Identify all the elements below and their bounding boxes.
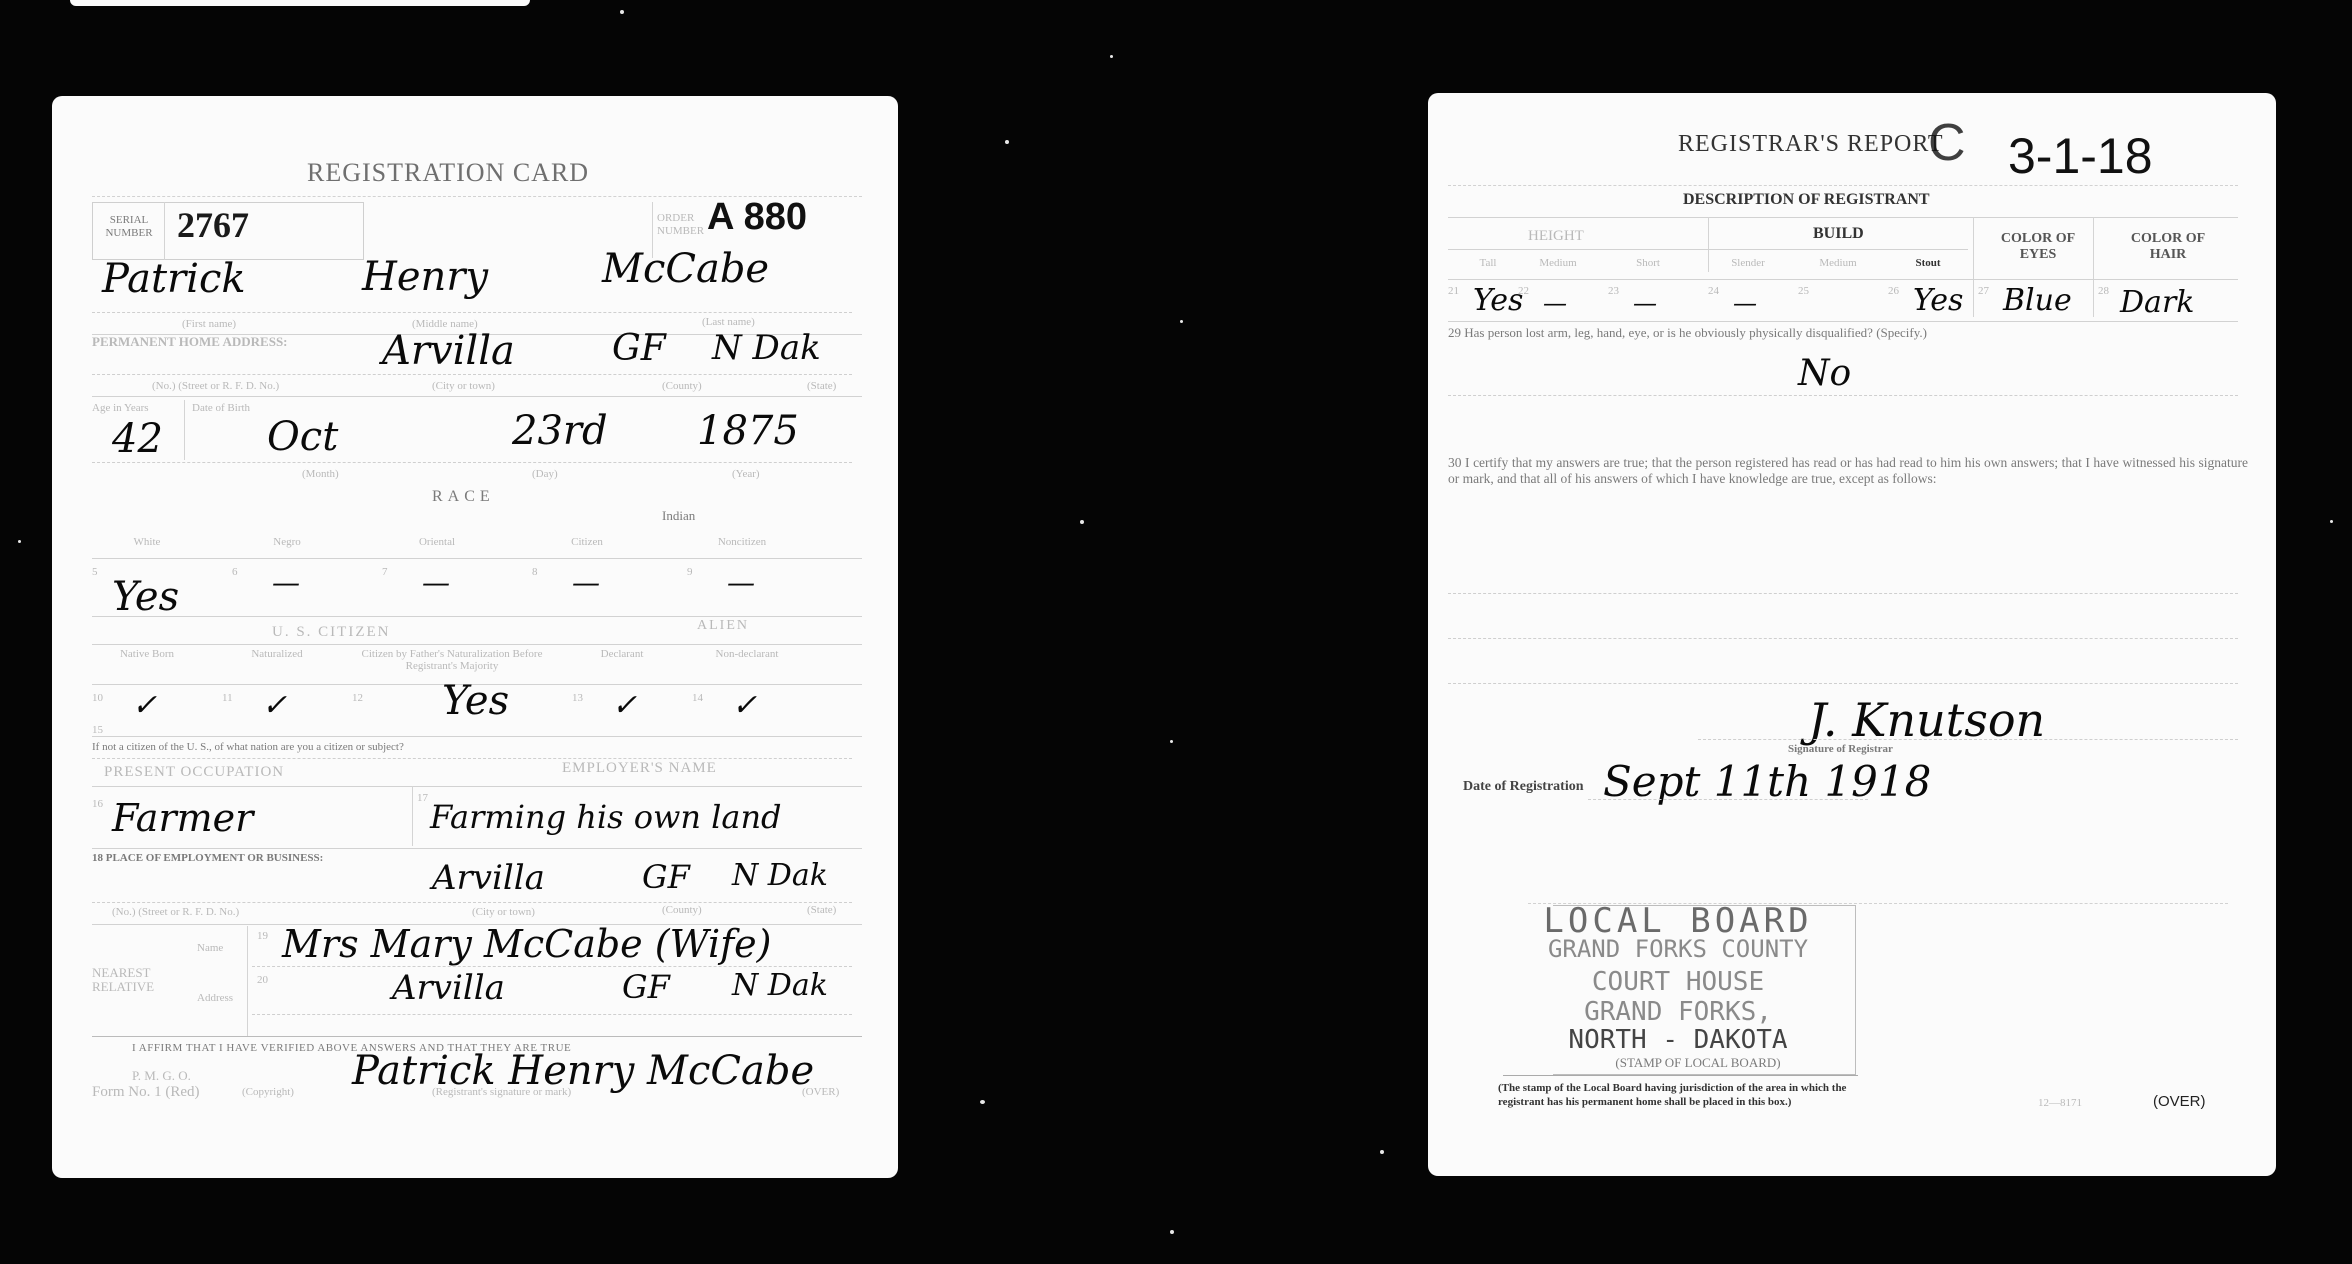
divider [252,1014,852,1015]
divider [1973,217,1974,317]
race-column-value: — [572,566,600,599]
q16-number: 16 [92,798,103,810]
us-citizen-heading: U. S. CITIZEN [272,624,391,641]
stamp-code: 3-1-18 [2008,127,2153,185]
over-label: (OVER) [2153,1093,2206,1110]
q19-number: 19 [257,930,268,942]
description-column-label: Slender [1708,257,1788,269]
card-title: REGISTRATION CARD [307,158,589,188]
divider [92,644,862,645]
dob-day-caption: (Day) [532,468,558,480]
dob-year-caption: (Year) [732,468,760,480]
employment-street-caption: (No.) (Street or R. F. D. No.) [112,906,239,918]
age-value: 42 [112,416,163,462]
citizenship-column-number: 13 [572,692,583,704]
relative-state: N Dak [732,968,828,1003]
film-speck [1080,520,1084,524]
relative-name: Mrs Mary McCabe (Wife) [282,922,772,966]
nearest-relative-label: NEAREST RELATIVE [92,966,162,994]
local-board-stamp-line: COURT HOUSE [1488,967,1868,997]
name-last: McCabe [602,246,769,292]
registrant-signature: Patrick Henry McCabe [352,1048,814,1094]
divider [92,1036,862,1037]
description-column-number: 26 [1888,285,1899,297]
adjacent-card-edge [70,0,530,6]
race-column-label: Oriental [382,536,492,548]
report-title: REGISTRAR'S REPORT [1678,131,1944,158]
description-column-number: 21 [1448,285,1459,297]
description-column-number: 27 [1978,285,1989,297]
serial-number-label: SERIAL NUMBER [96,214,162,240]
occupation-value: Farmer [112,796,253,840]
film-speck [620,10,624,14]
occupation-heading: PRESENT OCCUPATION [104,764,284,781]
order-number: A 880 [707,196,807,239]
employment-city: Arvilla [432,858,545,898]
dob-year: 1875 [697,408,799,454]
home-county: GF [612,328,666,369]
employment-state-caption: (State) [807,904,836,916]
description-column-value: Yes [1473,283,1523,318]
home-city-caption: (City or town) [432,380,495,392]
description-column-label: Stout [1888,257,1968,269]
citizenship-column-number: 11 [222,692,233,704]
dob-label: Date of Birth [192,402,250,414]
race-indian-label: Indian [662,508,695,524]
citizenship-column-label: Naturalized [222,648,332,660]
divider [1448,683,2238,684]
citizenship-column-label: Non-declarant [692,648,802,660]
name-first: Patrick [102,256,246,302]
divider [1448,185,2238,186]
divider [92,616,862,617]
film-speck [1170,740,1173,743]
divider [1698,739,2238,740]
citizenship-column-value: ✓ [132,688,157,723]
divider [92,736,862,737]
divider [92,786,862,787]
citizenship-column-value: ✓ [262,688,287,723]
alien-heading: ALIEN [697,618,749,634]
relative-address-label: Address [197,992,233,1004]
divider [412,786,413,846]
form-id-line1: P. M. G. O. [132,1068,191,1084]
race-column-number: 8 [532,566,538,578]
order-number-label: ORDER NUMBER [657,212,703,238]
employment-county-caption: (County) [662,904,702,916]
name-first-caption: (First name) [182,318,236,330]
citizenship-column-number: 12 [352,692,363,704]
hair-heading: COLOR OF HAIR [2128,231,2208,263]
home-city: Arvilla [382,328,515,374]
description-column-label: Medium [1798,257,1878,269]
divider [92,558,862,559]
divider [247,926,248,1036]
race-column-number: 5 [92,566,98,578]
home-county-caption: (County) [662,380,702,392]
divider [1448,279,2238,280]
divider [1448,321,2238,322]
name-last-caption: (Last name) [702,316,755,328]
relative-name-label: Name [197,942,223,954]
citizenship-column-value: ✓ [732,688,757,723]
form-id-line2: Form No. 1 (Red) [92,1084,200,1101]
description-column-value: Yes [1913,283,1963,318]
q18-label: 18 PLACE OF EMPLOYMENT OR BUSINESS: [92,852,323,864]
film-speck [1380,1150,1384,1154]
divider [92,374,852,375]
citizenship-column-number: 14 [692,692,703,704]
citizenship-column-label: Citizen by Father's Naturalization Befor… [352,648,552,672]
race-column-value: Yes [112,574,179,620]
divider [1448,217,2238,218]
film-speck [1180,320,1183,323]
divider [92,848,862,849]
citizenship-column-number: 10 [92,692,103,704]
divider [1448,249,1968,250]
dob-month: Oct [267,414,338,460]
q15-label: If not a citizen of the U. S., of what n… [92,741,404,753]
race-column-label: Noncitizen [687,536,797,548]
stamp-note: (The stamp of the Local Board having jur… [1498,1081,1878,1109]
description-column-value: — [1633,289,1657,317]
divider [1588,799,1868,800]
divider [92,758,852,759]
race-heading: RACE [432,488,495,506]
film-speck [1005,140,1009,144]
build-heading: BUILD [1813,225,1864,243]
form-code: 12—8171 [2038,1097,2082,1109]
registration-card: REGISTRATION CARD SERIAL NUMBER 2767 ORD… [52,96,898,1178]
race-column-number: 6 [232,566,238,578]
divider [252,966,852,967]
race-column-number: 7 [382,566,388,578]
divider [1448,395,2238,396]
relative-city: Arvilla [392,968,505,1008]
local-board-stamp-line: NORTH - DAKOTA [1488,1025,1868,1055]
registrar-signature-caption: Signature of Registrar [1788,743,1893,755]
local-board-stamp-line: GRAND FORKS COUNTY [1488,935,1868,963]
stamp-caption: (STAMP OF LOCAL BOARD) [1508,1055,1888,1071]
relative-county: GF [622,968,670,1006]
employment-city-caption: (City or town) [472,906,535,918]
home-state: N Dak [712,328,821,368]
citizenship-column-label: Native Born [92,648,202,660]
divider [1448,638,2238,639]
q17-number: 17 [417,792,428,804]
local-board-stamp-line: GRAND FORKS, [1488,997,1868,1027]
film-speck [1110,55,1113,58]
description-column-label: Medium [1518,257,1598,269]
eye-color-value: Blue [2003,283,2072,318]
film-speck [18,540,21,543]
film-speck [980,1100,985,1104]
home-street-caption: (No.) (Street or R. F. D. No.) [152,380,279,392]
divider [184,400,185,460]
q20-number: 20 [257,974,268,986]
eyes-heading: COLOR OF EYES [1998,231,2078,263]
permanent-home-address-label: PERMANENT HOME ADDRESS: [92,334,288,350]
serial-number: 2767 [177,204,249,246]
race-column-value: — [422,566,450,599]
description-column-label: Tall [1448,257,1528,269]
race-column-label: Citizen [532,536,642,548]
citizenship-column-value: Yes [442,678,509,724]
q29-text: 29 Has person lost arm, leg, hand, eye, … [1448,325,2248,341]
q15-number: 15 [92,724,103,736]
divider [164,202,165,260]
registrars-report-card: REGISTRAR'S REPORT C 3-1-18 DESCRIPTION … [1428,93,2276,1176]
copyright: (Copyright) [242,1086,294,1098]
description-column-number: 28 [2098,285,2109,297]
height-heading: HEIGHT [1528,228,1584,245]
signature-caption: (Registrant's signature or mark) [432,1086,571,1098]
race-column-value: — [727,566,755,599]
age-label: Age in Years [92,402,149,414]
description-column-value: — [1733,289,1757,317]
dob-month-caption: (Month) [302,468,339,480]
divider [92,462,852,463]
citizenship-column-label: Declarant [572,648,672,660]
divider [92,396,862,397]
race-column-value: — [272,566,300,599]
divider [92,902,852,903]
employer-heading: EMPLOYER'S NAME [562,760,717,777]
q29-answer: No [1798,353,1851,394]
date-label: Date of Registration [1463,779,1584,795]
hair-color-value: Dark [2120,285,2194,320]
divider [2093,217,2094,317]
race-column-label: Negro [232,536,342,548]
film-speck [1170,1230,1174,1234]
employer-value: Farming his own land [430,798,782,836]
stamp-prefix: C [1928,113,1966,173]
name-middle: Henry [362,254,488,300]
description-heading: DESCRIPTION OF REGISTRANT [1683,191,1930,209]
description-column-number: 23 [1608,285,1619,297]
description-column-number: 24 [1708,285,1719,297]
home-state-caption: (State) [807,380,836,392]
divider [1503,1075,1858,1076]
over-label: (OVER) [802,1086,839,1098]
description-column-label: Short [1608,257,1688,269]
employment-state: N Dak [732,858,828,893]
dob-day: 23rd [512,408,608,454]
citizenship-column-value: ✓ [612,688,637,723]
race-column-label: White [92,536,202,548]
divider [1448,593,2238,594]
description-column-number: 25 [1798,285,1809,297]
race-column-number: 9 [687,566,693,578]
employment-county: GF [642,858,690,896]
description-column-value: — [1543,289,1567,317]
film-speck [2330,520,2333,523]
q30-text: 30 I certify that my answers are true; t… [1448,455,2248,487]
divider [92,312,852,313]
